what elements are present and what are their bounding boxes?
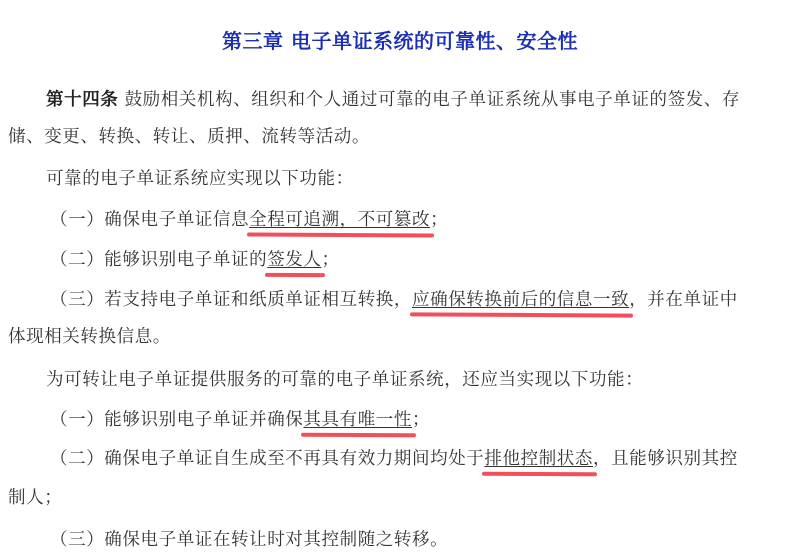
highlighted-text: 排他控制状态 [484, 449, 593, 469]
intro-transferable-system: 为可转让电子单证提供服务的可靠的电子单证系统，还应当实现以下功能： [46, 366, 643, 391]
list-item: （一）能够识别电子单证并确保其具有唯一性； [50, 406, 430, 431]
list-item: （三）确保电子单证在转让时对其控制随之转移。 [50, 526, 448, 551]
list-item: （三）若支持电子单证和纸质单证相互转换，应确保转换前后的信息一致，并在单证中 [50, 286, 738, 311]
article-14-line2: 储、变更、转换、转让、质押、流转等活动。 [8, 123, 370, 148]
list-item: （一）确保电子单证信息全程可追溯，不可篡改； [50, 206, 448, 231]
highlighted-text: 全程可追溯，不可篡改 [249, 210, 430, 230]
list-item-continuation: 制人； [8, 484, 62, 509]
list-item-continuation: 体现相关转换信息。 [8, 323, 171, 348]
chapter-title: 第三章 电子单证系统的可靠性、安全性 [0, 25, 800, 54]
article-label: 第十四条 [46, 90, 118, 110]
list-item: （二）能够识别电子单证的签发人； [50, 246, 340, 271]
intro-reliable-system: 可靠的电子单证系统应实现以下功能： [46, 165, 354, 190]
highlighted-text: 应确保转换前后的信息一致 [412, 290, 629, 310]
article-text: 鼓励相关机构、组织和个人通过可靠的电子单证系统从事电子单证的签发、存 [118, 90, 740, 110]
article-14-line1: 第十四条 鼓励相关机构、组织和个人通过可靠的电子单证系统从事电子单证的签发、存 [46, 86, 740, 111]
list-item: （二）确保电子单证自生成至不再具有效力期间均处于排他控制状态，且能够识别其控 [50, 445, 738, 470]
highlighted-text: 签发人 [267, 250, 321, 270]
highlighted-text: 其具有唯一性 [303, 410, 412, 430]
